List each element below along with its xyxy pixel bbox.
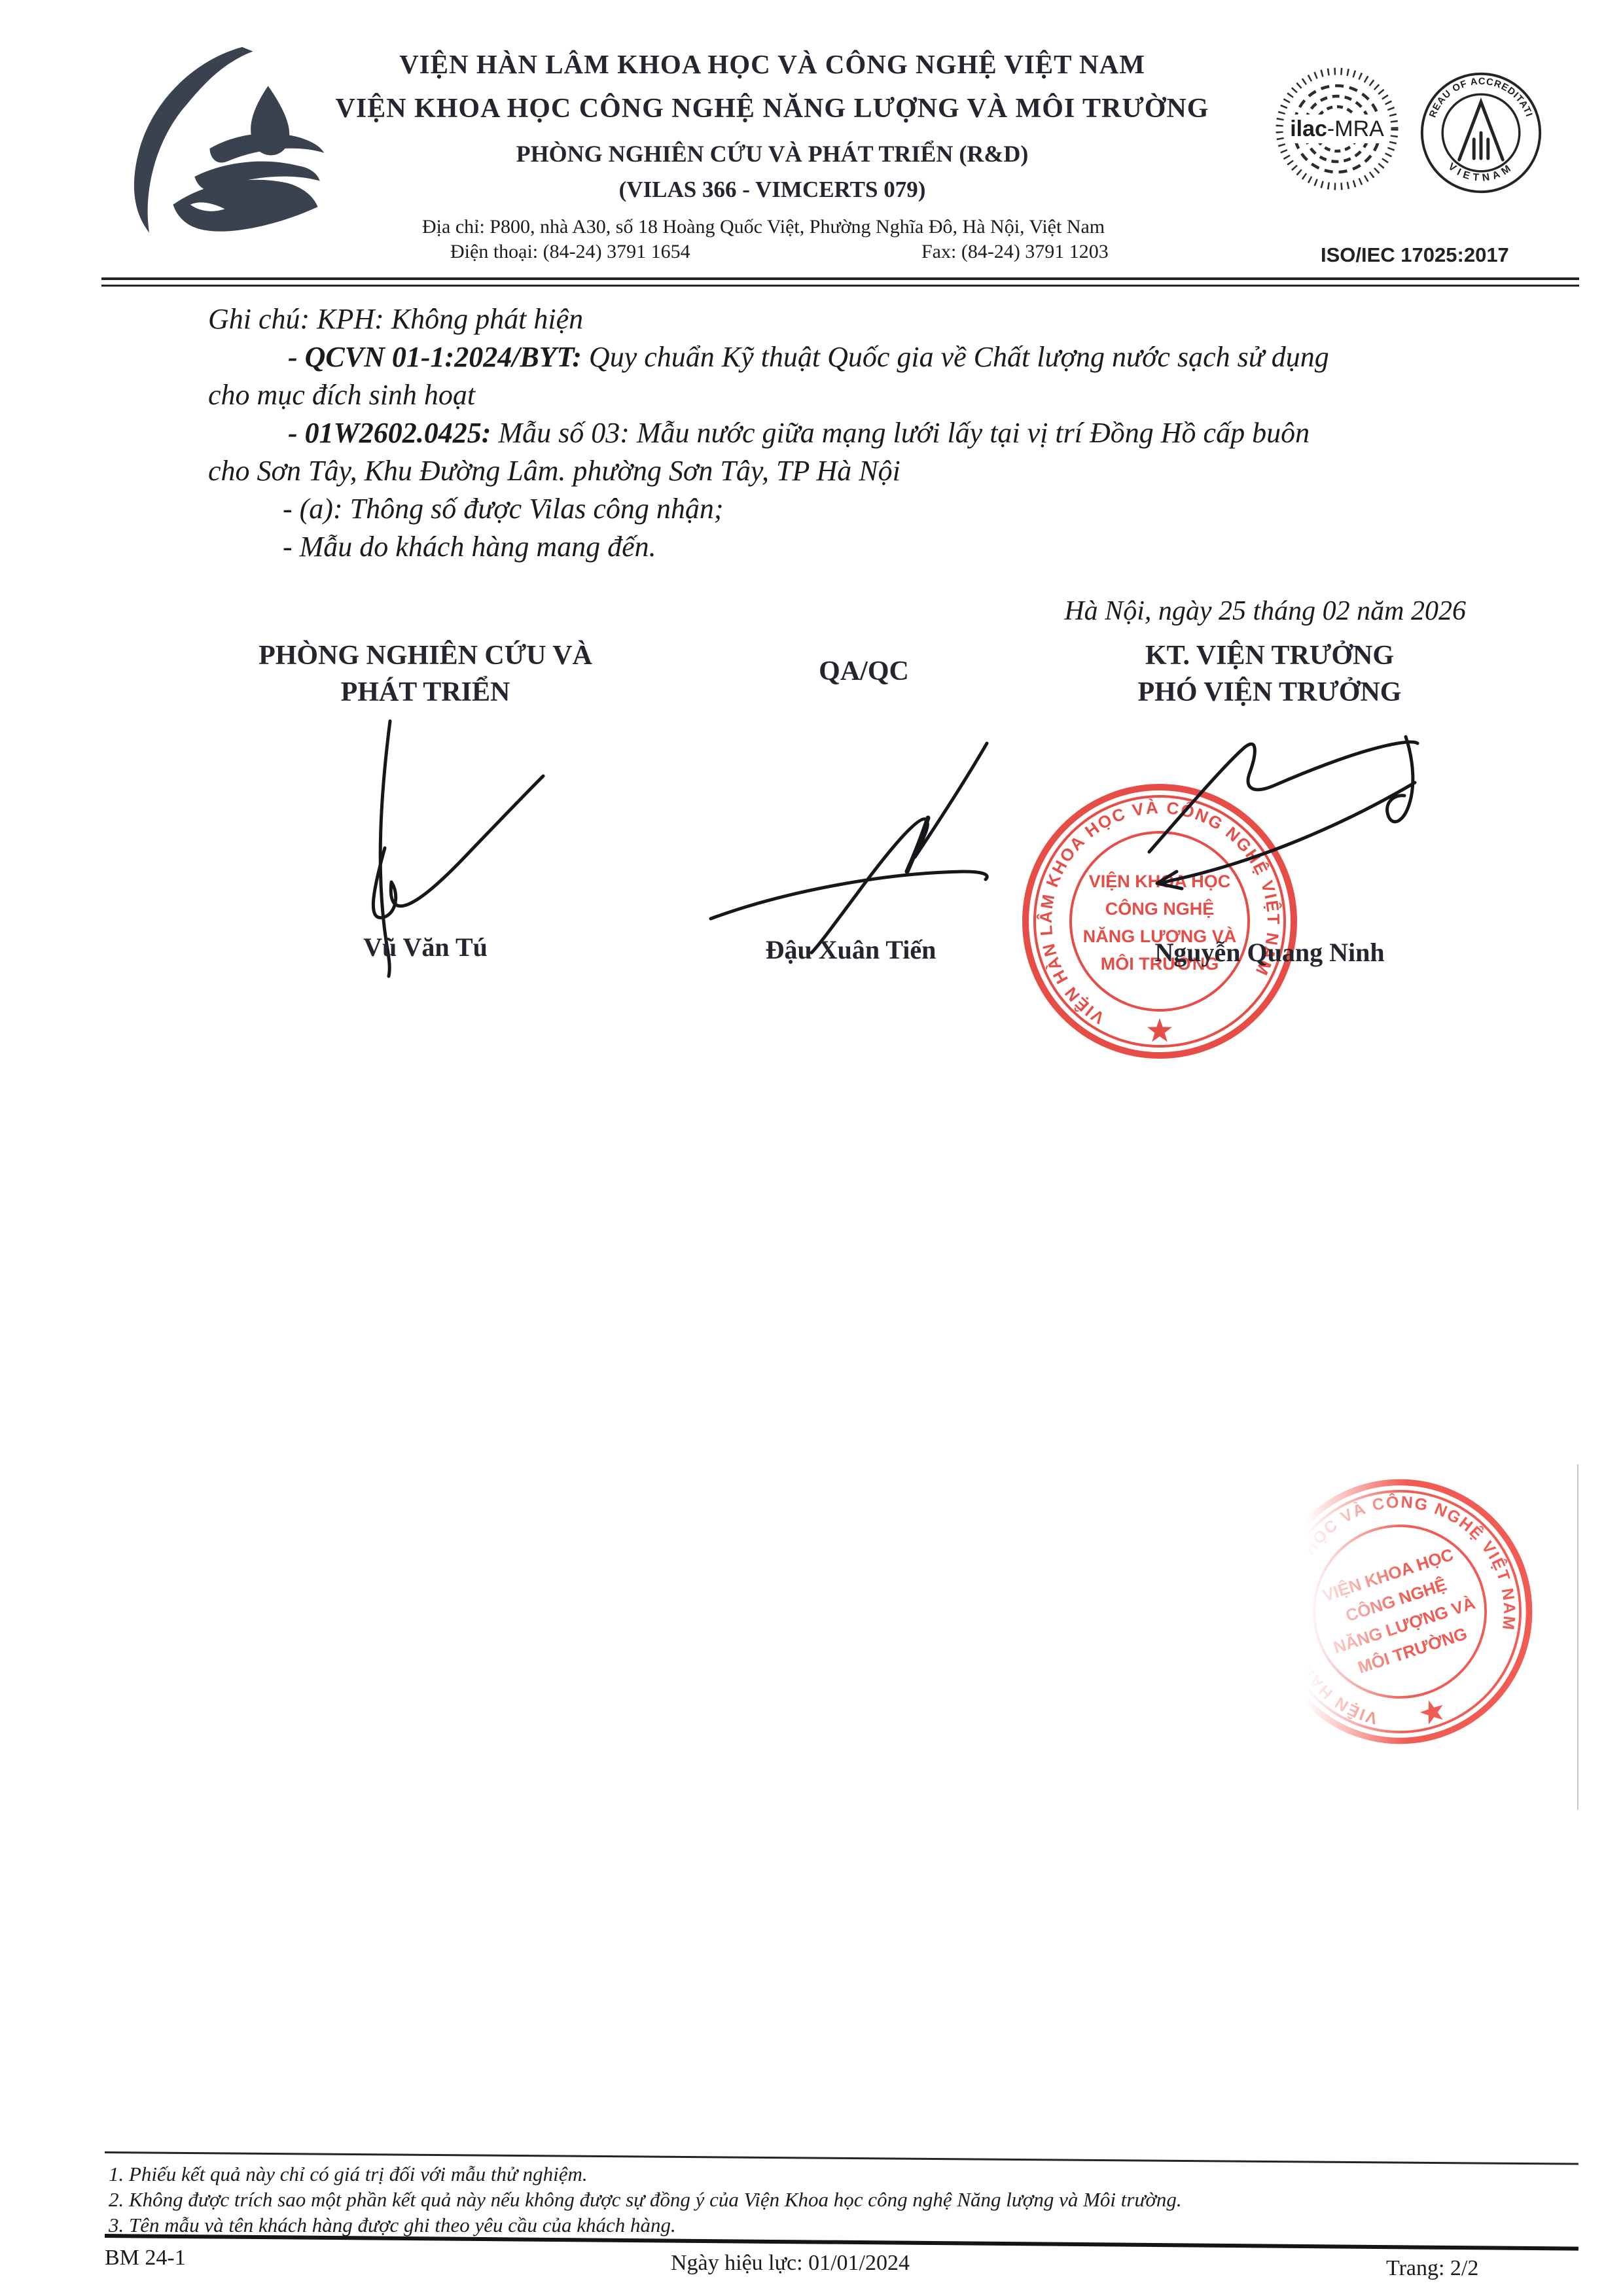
signer-col1-name: Vũ Văn Tú bbox=[255, 932, 596, 963]
footer-note-3: 3. Tên mẫu và tên khách hàng được ghi th… bbox=[109, 2214, 676, 2237]
stamp-star-icon bbox=[1418, 1697, 1448, 1725]
effective-date: Ngày hiệu lực: 01/01/2024 bbox=[671, 2251, 910, 2276]
scan-artifact-line bbox=[1577, 1464, 1578, 1810]
scanned-test-report-page: VIỆN HÀN LÂM KHOA HỌC VÀ CÔNG NGHỆ VIỆT … bbox=[0, 0, 1623, 2296]
page-number: Trang: 2/2 bbox=[1386, 2256, 1478, 2281]
signer-col2-name: Đậu Xuân Tiến bbox=[681, 934, 1021, 965]
form-code: BM 24-1 bbox=[105, 2246, 186, 2270]
signature-col3 bbox=[1149, 737, 1418, 889]
footer-note-1: 1. Phiếu kết quả này chỉ có giá trị đối … bbox=[109, 2163, 588, 2186]
signature-col2 bbox=[711, 743, 987, 953]
signer-col3-name: Nguyễn Quang Ninh bbox=[1086, 937, 1453, 968]
footer-note-2: 2. Không được trích sao một phần kết quả… bbox=[109, 2188, 1182, 2212]
stamp-fade-overlay bbox=[1224, 1459, 1407, 1767]
signatures-layer bbox=[0, 0, 1623, 2296]
